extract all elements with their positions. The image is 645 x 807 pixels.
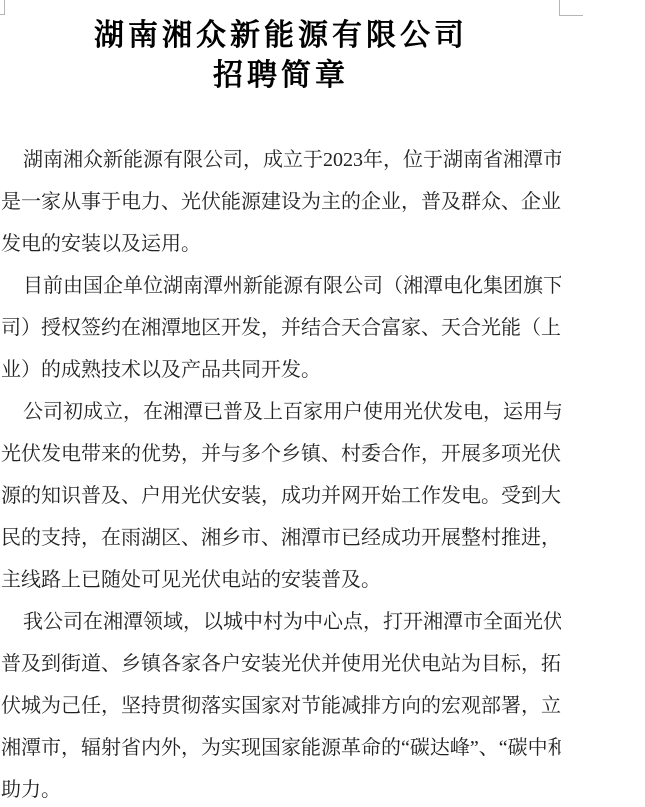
paragraph-line: 公司初成立，在湘潭已普及上百家用户使用光伏发电，运用与理解	[1, 391, 561, 433]
crop-mark-top-right	[559, 15, 583, 16]
page-subtitle: 招聘简章	[1, 56, 561, 96]
paragraph-line: 主线路上已随处可见光伏电站的安装普及。	[1, 559, 561, 601]
document-body: 湖南湘众新能源有限公司，成立于 2023 年，位于湖南省湘潭市， 是一家从事于电…	[1, 139, 561, 807]
paragraph-line: 是一家从事于电力、光伏能源建设为主的企业，普及群众、企业光伏	[1, 181, 561, 223]
paragraph-line: 湖南湘众新能源有限公司，成立于 2023 年，位于湖南省湘潭市，	[1, 139, 561, 181]
crop-mark-top-right	[559, 0, 560, 16]
paragraph-line: 伏城为己任，坚持贯彻落实国家对节能减排方向的宏观部署，立足于	[1, 685, 561, 727]
paragraph-line: 司）授权签约在湘潭地区开发，并结合天合富家、天合光能（上市企	[1, 307, 561, 349]
page-title: 湖南湘众新能源有限公司	[1, 16, 561, 56]
paragraph-line: 业）的成熟技术以及产品共同开发。	[1, 349, 561, 391]
paragraph-line: 发电的安装以及运用。	[1, 223, 561, 265]
crop-mark-top-left	[4, 0, 5, 15]
paragraph-line: 助力。	[1, 769, 561, 807]
paragraph-line: 民的支持，在雨湖区、湘乡市、湘潭市已经成功开展整村推进，来往	[1, 517, 561, 559]
paragraph-line: 湘潭市，辐射省内外，为实现国家能源革命的“碳达峰”、“碳中和”	[1, 727, 561, 769]
paragraph-line: 我公司在湘潭领域，以城中村为中心点，打开湘潭市全面光伏建设	[1, 601, 561, 643]
paragraph-line: 普及到街道、乡镇各家各户安装光伏并使用光伏电站为目标，拓展光	[1, 643, 561, 685]
document-content: 湖南湘众新能源有限公司 招聘简章 湖南湘众新能源有限公司，成立于 2023 年，…	[1, 16, 561, 807]
document-page: 湖南湘众新能源有限公司 招聘简章 湖南湘众新能源有限公司，成立于 2023 年，…	[0, 0, 645, 807]
paragraph-line: 光伏发电带来的优势，并与多个乡镇、村委合作，开展多项光伏新能	[1, 433, 561, 475]
paragraph-line: 源的知识普及、户用光伏安装，成功并网开始工作发电。受到大批居	[1, 475, 561, 517]
crop-mark-top-left	[0, 14, 5, 15]
title-body-gap	[1, 96, 561, 139]
paragraph-line: 目前由国企单位湖南潭州新能源有限公司（湘潭电化集团旗下子公	[1, 265, 561, 307]
